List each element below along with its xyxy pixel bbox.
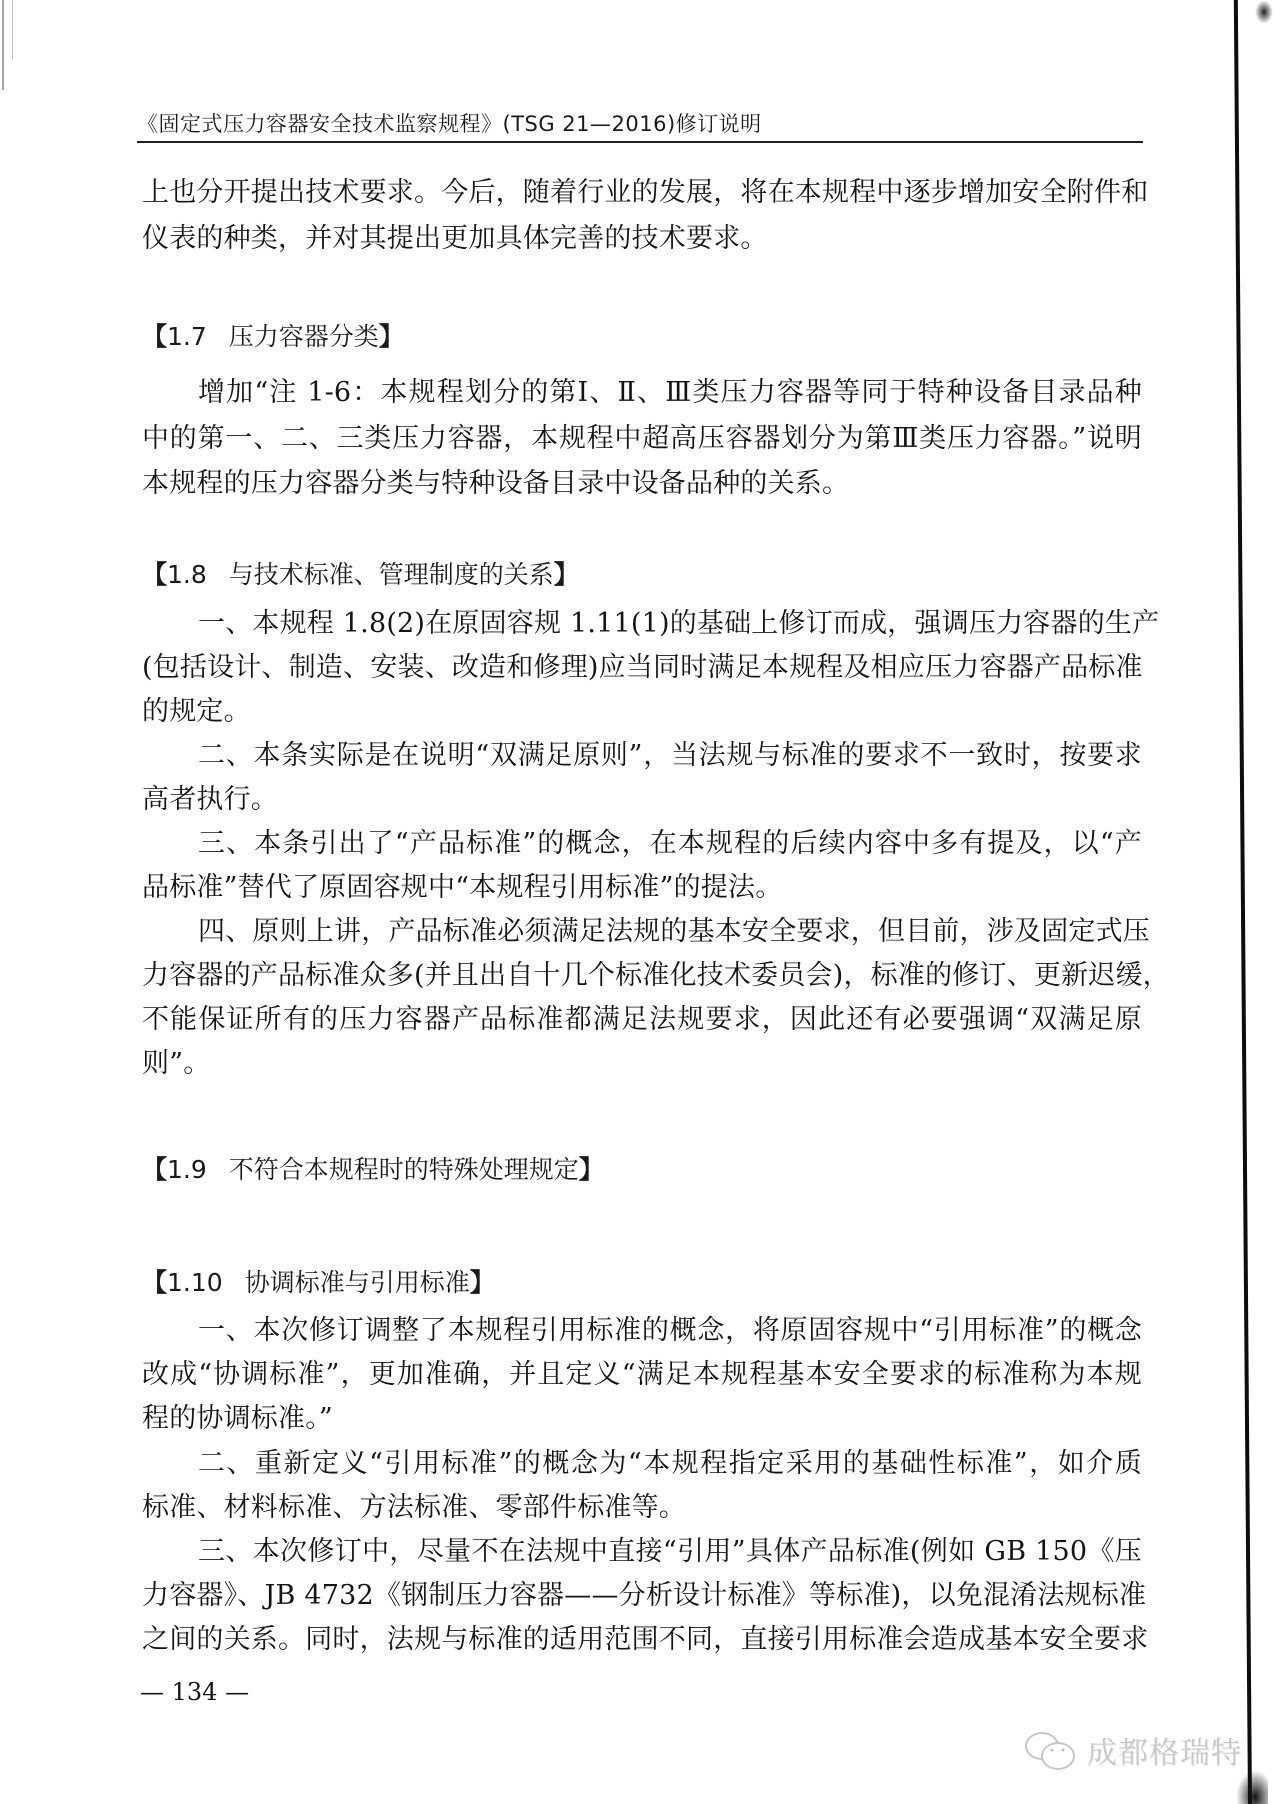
paragraph-line: 中的第一、二、三类压力容器，本规程中超高压容器划分为第Ⅲ类压力容器。”说明 (142, 424, 1142, 454)
paragraph-line: 品标准”替代了原固容规中“本规程引用标准”的提法。 (142, 873, 1142, 903)
scan-edge-left (2, 0, 4, 90)
paragraph-line: 不能保证所有的压力容器产品标准都满足法规要求，因此还有必要强调“双满足原 (142, 1005, 1142, 1035)
watermark-text: 成都格瑞特 (1087, 1728, 1242, 1772)
section-heading-1-9: 【1.9不符合本规程时的特殊处理规定】 (142, 1155, 604, 1185)
paragraph-line: 力容器的产品标准众多(并且出自十几个标准化技术委员会)，标准的修订、更新迟缓， (142, 961, 1142, 991)
section-heading-1-10: 【1.10协调标准与引用标准】 (142, 1268, 495, 1298)
scan-edge-left-inner (12, 0, 13, 60)
paragraph-line: 则”。 (142, 1049, 1142, 1079)
page-number: — 134 — (140, 1678, 249, 1706)
watermark: 成都格瑞特 (1025, 1728, 1242, 1772)
running-header-title: 《固定式压力容器安全技术监察规程》(TSG 21—2016)修订说明 (137, 108, 762, 138)
intro-line: 仪表的种类，并对其提出更加具体完善的技术要求。 (142, 224, 1142, 254)
paragraph-line: 本规程的压力容器分类与特种设备目录中设备品种的关系。 (142, 469, 1142, 499)
paragraph-line: 三、本次修订中，尽量不在法规中直接“引用”具体产品标准(例如 GB 150《压 (142, 1537, 1142, 1567)
section-title: 压力容器分类 (229, 322, 379, 351)
paragraph-line: 程的协调标准。” (142, 1404, 1142, 1434)
paragraph-line: 改成“协调标准”，更加准确，并且定义“满足本规程基本安全要求的标准称为本规 (142, 1360, 1142, 1390)
section-heading-1-8: 【1.8与技术标准、管理制度的关系】 (142, 560, 579, 590)
scan-smudge-top (1255, 0, 1273, 24)
scan-smudge-bottom (1236, 1770, 1268, 1804)
paragraph-line: (包括设计、制造、安装、改造和修理)应当同时满足本规程及相应压力容器产品标准 (142, 653, 1142, 683)
section-heading-1-7: 【1.7压力容器分类】 (142, 322, 404, 352)
paragraph-line: 一、本规程 1.8(2)在原固容规 1.11(1)的基础上修订而成，强调压力容器… (142, 609, 1142, 639)
paragraph-line: 二、本条实际是在说明“双满足原则”，当法规与标准的要求不一致时，按要求 (142, 741, 1142, 771)
paragraph-line: 三、本条引出了“产品标准”的概念，在本规程的后续内容中多有提及，以“产 (142, 829, 1142, 859)
section-title: 与技术标准、管理制度的关系 (229, 560, 554, 589)
paragraph-line: 四、原则上讲，产品标准必须满足法规的基本安全要求，但目前，涉及固定式压 (142, 917, 1142, 947)
section-number: 1.8 (167, 560, 207, 589)
paragraph-line: 增加“注 1-6：本规程划分的第Ⅰ、Ⅱ、Ⅲ类压力容器等同于特种设备目录品种 (142, 378, 1142, 408)
section-title: 不符合本规程时的特殊处理规定 (229, 1155, 579, 1184)
paragraph-line: 的规定。 (142, 697, 1142, 727)
paragraph-line: 高者执行。 (142, 785, 1142, 815)
section-number: 1.10 (167, 1268, 223, 1297)
paragraph-line: 一、本次修订调整了本规程引用标准的概念，将原固容规中“引用标准”的概念 (142, 1316, 1142, 1346)
wechat-icon (1025, 1730, 1077, 1770)
intro-line: 上也分开提出技术要求。今后，随着行业的发展，将在本规程中逐步增加安全附件和 (142, 178, 1142, 208)
section-number: 1.7 (167, 322, 207, 351)
section-title: 协调标准与引用标准 (245, 1268, 470, 1297)
paragraph-line: 二、重新定义“引用标准”的概念为“本规程指定采用的基础性标准”，如介质 (142, 1449, 1142, 1479)
paragraph-line: 之间的关系。同时，法规与标准的适用范围不同，直接引用标准会造成基本安全要求 (142, 1625, 1142, 1655)
paragraph-line: 力容器》、JB 4732《钢制压力容器——分析设计标准》等标准)，以免混淆法规标… (142, 1581, 1142, 1611)
section-number: 1.9 (167, 1155, 207, 1184)
scan-edge-right (1234, 0, 1252, 1804)
paragraph-line: 标准、材料标准、方法标准、零部件标准等。 (142, 1493, 1142, 1523)
header-rule (137, 141, 1143, 143)
